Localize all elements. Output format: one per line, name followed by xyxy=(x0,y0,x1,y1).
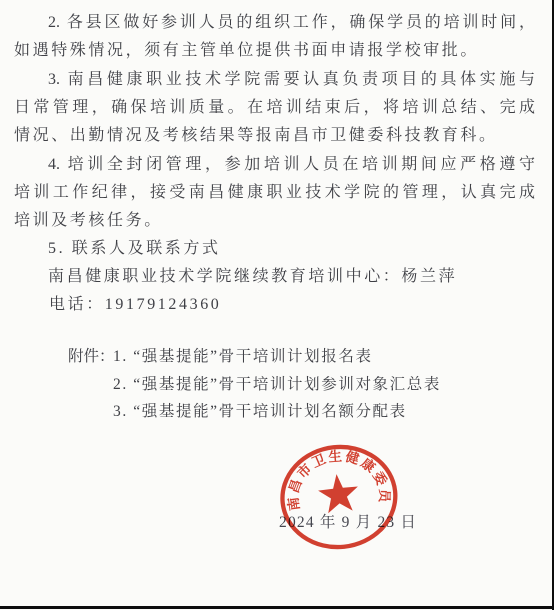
attachment-line: 3. “强基提能”骨干培训计划名额分配表 xyxy=(113,401,407,422)
body-line: 如遇特殊情况，须有主管单位提供书面申请报学校审批。 xyxy=(14,40,479,61)
attachment-item: 2. “强基提能”骨干培训计划参训对象汇总表 xyxy=(113,376,441,393)
attachment-item: 1. “强基提能”骨干培训计划报名表 xyxy=(113,348,373,365)
contact-person-line: 南昌健康职业技术学院继续教育培训中心：杨兰萍 xyxy=(48,266,457,287)
body-line: 2. 各县区做好参训人员的组织工作，确保学员的培训时间， xyxy=(48,12,535,33)
official-seal: 南昌市卫生健康委员会 xyxy=(272,437,407,559)
body-line: 培训及考核任务。 xyxy=(14,210,163,231)
document-page: 2. 各县区做好参训人员的组织工作，确保学员的培训时间， 如遇特殊情况，须有主管… xyxy=(0,0,554,610)
attachment-item: 3. “强基提能”骨干培训计划名额分配表 xyxy=(113,403,407,420)
body-line: 情况、出勤情况及考核结果等报南昌市卫健委科技教育科。 xyxy=(14,125,498,146)
attachments-label: 附件： xyxy=(68,346,113,367)
attachment-line: 2. “强基提能”骨干培训计划参训对象汇总表 xyxy=(113,374,441,395)
page-edge-bottom xyxy=(0,606,554,609)
contact-heading-line: 5. 联系人及联系方式 xyxy=(48,238,221,259)
body-line: 日常管理，确保培训质量。在培训结束后，将培训总结、完成 xyxy=(14,97,535,118)
attachment-line: 附件：1. “强基提能”骨干培训计划报名表 xyxy=(68,346,373,367)
contact-phone-line: 电话：19179124360 xyxy=(49,294,221,315)
seal-star-icon xyxy=(317,472,361,514)
body-line: 培训工作纪律，接受南昌健康职业技术学院的管理，认真完成 xyxy=(14,182,535,203)
body-line: 4. 培训全封闭管理，参加培训人员在培训期间应严格遵守 xyxy=(48,154,535,175)
body-line: 3. 南昌健康职业技术学院需要认真负责项目的具体实施与 xyxy=(48,69,535,90)
